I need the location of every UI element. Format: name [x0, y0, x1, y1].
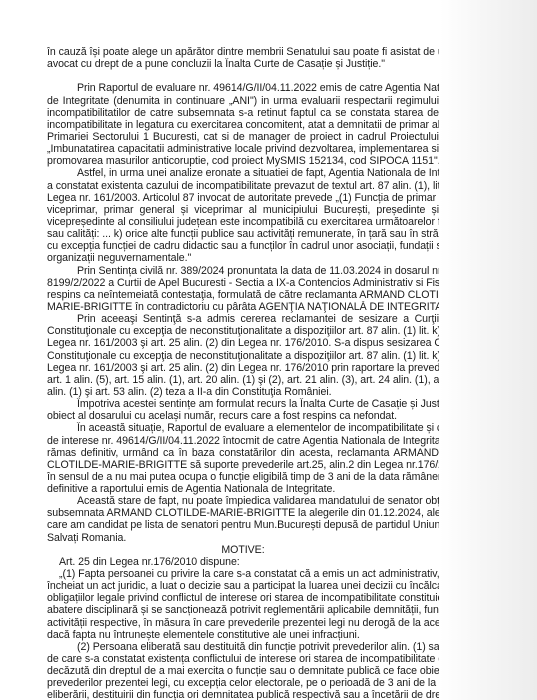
document-page: în cauză își poate alege un apărător din… — [47, 46, 439, 700]
paragraph-stare-de-fapt: Această stare de fapt, nu poate împiedic… — [47, 495, 439, 544]
text-line: Prin Sentința civilă nr. 389/2024 pronun… — [47, 265, 439, 277]
paragraph-raport-evaluare: Prin Raportul de evaluare nr. 49614/G/II… — [47, 82, 439, 167]
text-line: care am candidat pe lista de senatori pe… — [47, 519, 439, 531]
text-line: cu excepția funcției de cadru didactic s… — [47, 240, 439, 252]
text-line: (2) Persoana eliberată sau destituită di… — [47, 641, 439, 653]
text-line: alin. (1) şi art. 53 alin. (2) teza a II… — [47, 386, 439, 398]
text-line: Legea nr. 161/2003 şi art. 25 alin. (2) … — [47, 362, 439, 374]
paragraph-recurs: Împotriva acestei sentințe am formulat r… — [47, 398, 439, 422]
paragraph-sentinta-civila: Prin Sentința civilă nr. 389/2024 pronun… — [47, 265, 439, 314]
text-line: definitive a raportului emis de Agentia … — [47, 483, 439, 495]
text-line: rămas definitiv, urmând ca în baza const… — [47, 447, 439, 459]
section-heading-motive: MOTIVE: — [47, 544, 439, 556]
text-line: subsemnata ARMAND CLOTILDE-MARIE-BRIGITT… — [47, 507, 439, 519]
text-line: Această stare de fapt, nu poate împiedic… — [47, 495, 439, 507]
text-line: Salvați Romania. — [47, 532, 439, 544]
article-intro: Art. 25 din Legea nr.176/2010 dispune: — [47, 556, 439, 568]
text-line: incompatibilitatilor de catre subsemnata… — [47, 107, 439, 119]
text-line: Prin Raportul de evaluare nr. 49614/G/II… — [47, 82, 439, 94]
text-line: obligațiilor legale privind conflictul d… — [47, 592, 439, 604]
text-line: Primariei Sectorului 1 Bucuresti, cat si… — [47, 131, 439, 143]
text-line: obiect al dosarului cu același număr, re… — [47, 410, 439, 422]
text-line: Prin aceeaşi Sentinţă s-a admis cererea … — [47, 313, 439, 325]
text-line: de Integritate (denumita in continuare „… — [47, 95, 439, 107]
text-line: promovarea masurilor anticoruptie, cod p… — [47, 155, 439, 167]
text-line: MARIE-BRIGITTE în contradictoriu cu pârâ… — [47, 301, 439, 313]
text-line: Legea nr. 161/2003 şi art. 25 alin. (2) … — [47, 337, 439, 349]
paragraph-analiza-eronata: Astfel, in urma unei analize eronate a s… — [47, 167, 439, 264]
text-line: art. 1 alin. (5), art. 15 alin. (1), art… — [47, 374, 439, 386]
text-line: dacă fapta nu întrunește elementele cons… — [47, 629, 439, 641]
text-line: vicepreședinte al consiliului județean e… — [47, 216, 439, 228]
paragraph-raport-definitiv: În această situație, Raportul de evaluar… — [47, 422, 439, 495]
text-line: 8199/2/2022 a Curtii de Apel Bucuresti -… — [47, 277, 439, 289]
text-line: incompatibilitate in legatura cu exercit… — [47, 119, 439, 131]
text-line: organizații neguvernamentale." — [47, 252, 439, 264]
text-line: a constatat existenta cazului de incompa… — [47, 180, 439, 192]
text-line: respins ca neîntemeiată contestaţia, for… — [47, 289, 439, 301]
text-line: Împotriva acestei sentințe am formulat r… — [47, 398, 439, 410]
text-line: Constituţionale cu excepţia de neconstit… — [47, 325, 439, 337]
text-line: prevederilor prezentei legi, cu excepția… — [47, 677, 439, 689]
text-line: CLOTILDE-MARIE-BRIGITTE să suporte preve… — [47, 459, 439, 471]
text-line: activității respective, în măsura în car… — [47, 617, 439, 629]
text-line: viceprimar, primar general și viceprimar… — [47, 204, 439, 216]
article-paragraph-1: „(1) Fapta persoanei cu privire la care … — [47, 568, 439, 641]
text-line: abatere disciplinară și se sancționează … — [47, 604, 439, 616]
text-line: eliberării, destituirii din funcția ori … — [47, 689, 439, 700]
text-line: avocat cu drept de a pune concluzii la Î… — [47, 58, 439, 70]
text-line: de care s-a constatat existența conflict… — [47, 653, 439, 665]
text-line: sau calități: ... k) orice alte funcții … — [47, 228, 439, 240]
text-line: în sensul de a nu mai putea ocupa o func… — [47, 471, 439, 483]
text-line: încheiat un act juridic, a luat o decizi… — [47, 580, 439, 592]
text-line: decăzută din dreptul de a mai exercita o… — [47, 665, 439, 677]
paragraph-sesizare-ccr: Prin aceeaşi Sentinţă s-a admis cererea … — [47, 313, 439, 398]
text-line: de interese nr. 49614/G/II/04.11.2022 în… — [47, 435, 439, 447]
text-line: Astfel, in urma unei analize eronate a s… — [47, 167, 439, 179]
blank-line — [47, 70, 439, 82]
article-paragraph-2: (2) Persoana eliberată sau destituită di… — [47, 641, 439, 700]
text-line: „Imbunatatirea capacitatii administrativ… — [47, 143, 439, 155]
text-line: Legea nr. 161/2003. Articolul 87 invocat… — [47, 192, 439, 204]
text-line: Constituţionale cu excepţia de neconstit… — [47, 350, 439, 362]
paragraph-continuation: în cauză își poate alege un apărător din… — [47, 46, 439, 70]
text-line: „(1) Fapta persoanei cu privire la care … — [47, 568, 439, 580]
text-line: în cauză își poate alege un apărător din… — [47, 46, 439, 58]
text-line: În această situație, Raportul de evaluar… — [47, 422, 439, 434]
